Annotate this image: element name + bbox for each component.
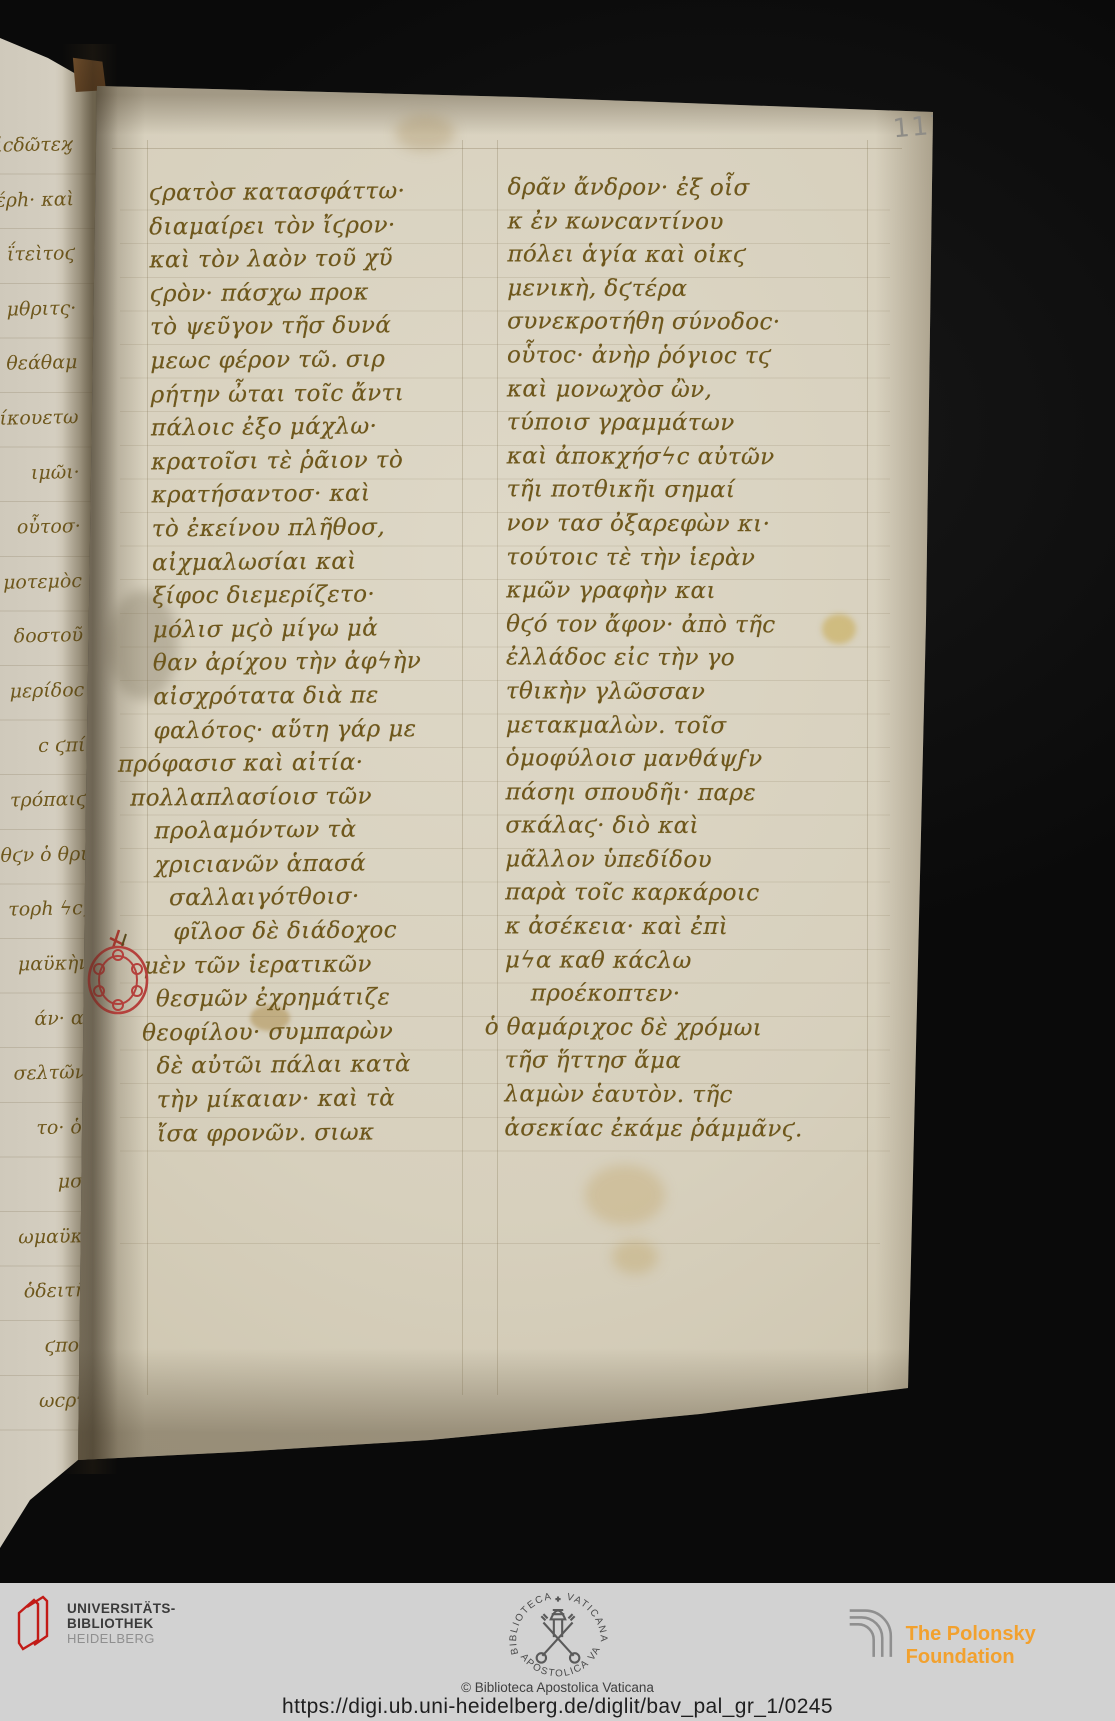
manuscript-line: τὸ ἐκείνου πλῆθοσ, [152,511,472,547]
manuscript-line: ὁ θαμάριχοc δὲ χρόμωι [485,1011,875,1046]
manuscript-line: λαμὼν ἑαυτὸν. τῆc [504,1078,874,1113]
manuscript-line: ρήτην ὦται τοῖc ἄντι [151,376,471,412]
manuscript-line: κρατήσαντοσ· καὶ [151,477,471,513]
manuscript-line: νον τασ ὀξαρεφὼν κι· [506,507,876,542]
ruling-line-horizontal [112,148,902,149]
manuscript-line: καὶ μονωχὸσ ὢν, [507,373,877,408]
manuscript-line: τύποισ γραμμάτων [507,407,877,442]
seal-text-left: BIBLIOTECA [508,1591,553,1656]
manuscript-line: μόλισ μϛὸ μίγω μἀ [153,611,473,647]
manuscript-line: θεσμῶν ἐχρημάτιζε [156,981,476,1017]
polonsky-label: The Polonsky Foundation [906,1623,1115,1669]
manuscript-line: τῆι ποτθικῆι σημαί [507,474,877,509]
photo-area: εἰcδῶτεϗέρh· καὶΐτεὶτοϛμθριτς·θεάθαμίκου… [0,0,1115,1583]
ub-logo-line2: BIBLIOTHEK [67,1616,176,1631]
manuscript-line: ἐλλάδοc εἰc τὴν γο [506,642,876,677]
manuscript-line: πάλοιc ἐξο μάχλω· [151,410,471,446]
ruling-line-vertical [497,140,498,1395]
svg-text:VATICANA: VATICANA [565,1592,607,1644]
parchment-stain [585,1165,665,1225]
manuscript-line: πολλαπλασίοισ τῶν [130,779,474,816]
manuscript-line: ϛρὸν· πάσχω προκ [150,275,470,311]
gutter-shadow [62,44,118,1474]
manuscript-line: δρᾶν ἄνδρον· ἐξ οἷσ [508,171,878,206]
manuscript-line: τούτοιc τὲ τὴν ἱερὰν [506,541,876,576]
manuscript-line: μεωc φέρον τῶ. σιρ [150,343,470,379]
ruling-line-horizontal [120,1243,880,1244]
manuscript-line: πάσηι σπουδῆι· παρε [505,776,875,811]
manuscript-line: σαλλαιγότθοισ· [169,880,475,916]
footer-bar: UNIVERSITÄTS- BIBLIOTHEK HEIDELBERG [0,1583,1115,1721]
ub-logo-line1: UNIVERSITÄTS- [67,1601,176,1616]
manuscript-line: τῆσ ἥττησ ἅμα [505,1045,875,1080]
manuscript-line: αἰχμαλωσίαι καὶ [152,544,472,580]
manuscript-line: μετακμαλὼν. τοῖσ [506,709,876,744]
vatican-seal-icon: BIBLIOTECA VATICANA APOSTOLICA VATICANA [508,1591,608,1679]
manuscript-line: χριϲιανῶν ἁπασά [155,846,475,882]
manuscript-line: σκάλαϛ· διὸ καὶ [505,810,875,845]
seal-text-right: VATICANA [565,1592,607,1644]
manuscript-line: καὶ τὸν λαὸν τοῦ χῦ [149,242,469,278]
manuscript-line: παρὰ τοῖc καρκάροιc [505,877,875,912]
manuscript-line: αἰσχρότατα διὰ πε [153,679,473,715]
image-source-url: https://digi.ub.uni-heidelberg.de/diglit… [0,1695,1115,1719]
manuscript-line: κμῶν γραφὴν και [506,574,876,609]
manuscript-line: ἀσεκίαc ἐκάμε ῥάμμᾶνϛ. [504,1112,874,1147]
manuscript-line: ὁμοφύλοισ μανθάψϝν [506,742,876,777]
text-column-left: ϛρατὸσ κατασφάττω·διαμαίρει τὸν ἴϛρον·κα… [149,175,477,1152]
ub-heidelberg-logo-text: UNIVERSITÄTS- BIBLIOTHEK HEIDELBERG [67,1601,176,1646]
manuscript-line: διαμαίρει τὸν ἴϛρον· [149,208,469,244]
manuscript-line: ἴσα φρονῶν. σιωκ [157,1115,477,1151]
manuscript-line: τὸ ψεῦγον τῆσ δυνά [150,309,470,345]
manuscript-line: μὲν τῶν ἱερατικῶν [143,947,475,983]
manuscript-line: θϛό τον ἄφον· ἀπὸ τῆc [506,608,876,643]
svg-text:BIBLIOTECA: BIBLIOTECA [508,1591,553,1656]
manuscript-line: συνεκροτήθη σύνοδοc· [507,306,877,341]
ub-heidelberg-logo: UNIVERSITÄTS- BIBLIOTHEK HEIDELBERG [12,1595,176,1651]
manuscript-line: πρόφασισ καὶ αἰτία· [118,746,474,783]
manuscript-line: μενικὴ, δϛτέρα [507,272,877,307]
manuscript-line: κ ἀσέκεια· καὶ ἐπὶ [505,910,875,945]
manuscript-line: ξίφοc διεμερίζετο· [152,578,472,614]
manuscript-line: κρατοῖσι τὲ ῥᾶιον τὸ [151,443,471,479]
manuscript-line: καὶ ἀποκχήσϟc αὐτῶν [507,440,877,475]
manuscript-line: θεοφίλου· συμπαρὼν [142,1014,476,1051]
manuscript-line: θαν ἀρίχου τὴν ἀφϟὴν [153,645,473,681]
manuscript-line: μϟα καθ κάϲλω [505,944,875,979]
manuscript-line: φῖλοσ δὲ διάδοχοc [173,914,475,950]
folio-number: 117 [892,110,950,145]
manuscript-line: τὴν μίκαιαν· καὶ τὰ [157,1082,477,1118]
polonsky-logo-icon [848,1601,898,1663]
manuscript-line: πόλει ἁγία καὶ οἰκϛ [507,239,877,274]
ub-logo-line3: HEIDELBERG [67,1631,176,1646]
manuscript-line: μᾶλλον ὑπεδίδου [505,843,875,878]
manuscript-line: οὗτοc· ἀνὴρ ῥόγιοc τϛ [507,339,877,374]
polonsky-logo: The Polonsky Foundation [848,1595,1115,1669]
manuscript-line: προέκοπτεν· [531,978,875,1013]
manuscript-line: φαλότος· αὕτη γάρ με [153,712,473,748]
ub-heidelberg-logo-icon [12,1595,54,1651]
text-column-right: δρᾶν ἄνδρον· ἐξ οἷσκ ἐν κωνϲαντίνουπόλει… [504,171,877,1147]
manuscript-line: δὲ αὐτῶι πάλαι κατὰ [156,1048,476,1084]
parchment-stain [612,1240,658,1274]
copyright-text: © Biblioteca Apostolica Vaticana [0,1680,1115,1695]
digitized-manuscript-screenshot: εἰcδῶτεϗέρh· καὶΐτεὶτοϛμθριτς·θεάθαμίκου… [0,0,1115,1721]
parchment-stain [395,115,455,151]
manuscript-line: προλαμόντων τὰ [154,813,474,849]
manuscript-line: τθικὴν γλῶσσαν [506,675,876,710]
manuscript-line: ϛρατὸσ κατασφάττω· [149,175,469,211]
manuscript-page: 117 ϛρατὸσ κατασφάττω·διαμαίρει τὸν ἴϛρο… [0,0,1115,1583]
manuscript-line: κ ἐν κωνϲαντίνου [507,205,877,240]
